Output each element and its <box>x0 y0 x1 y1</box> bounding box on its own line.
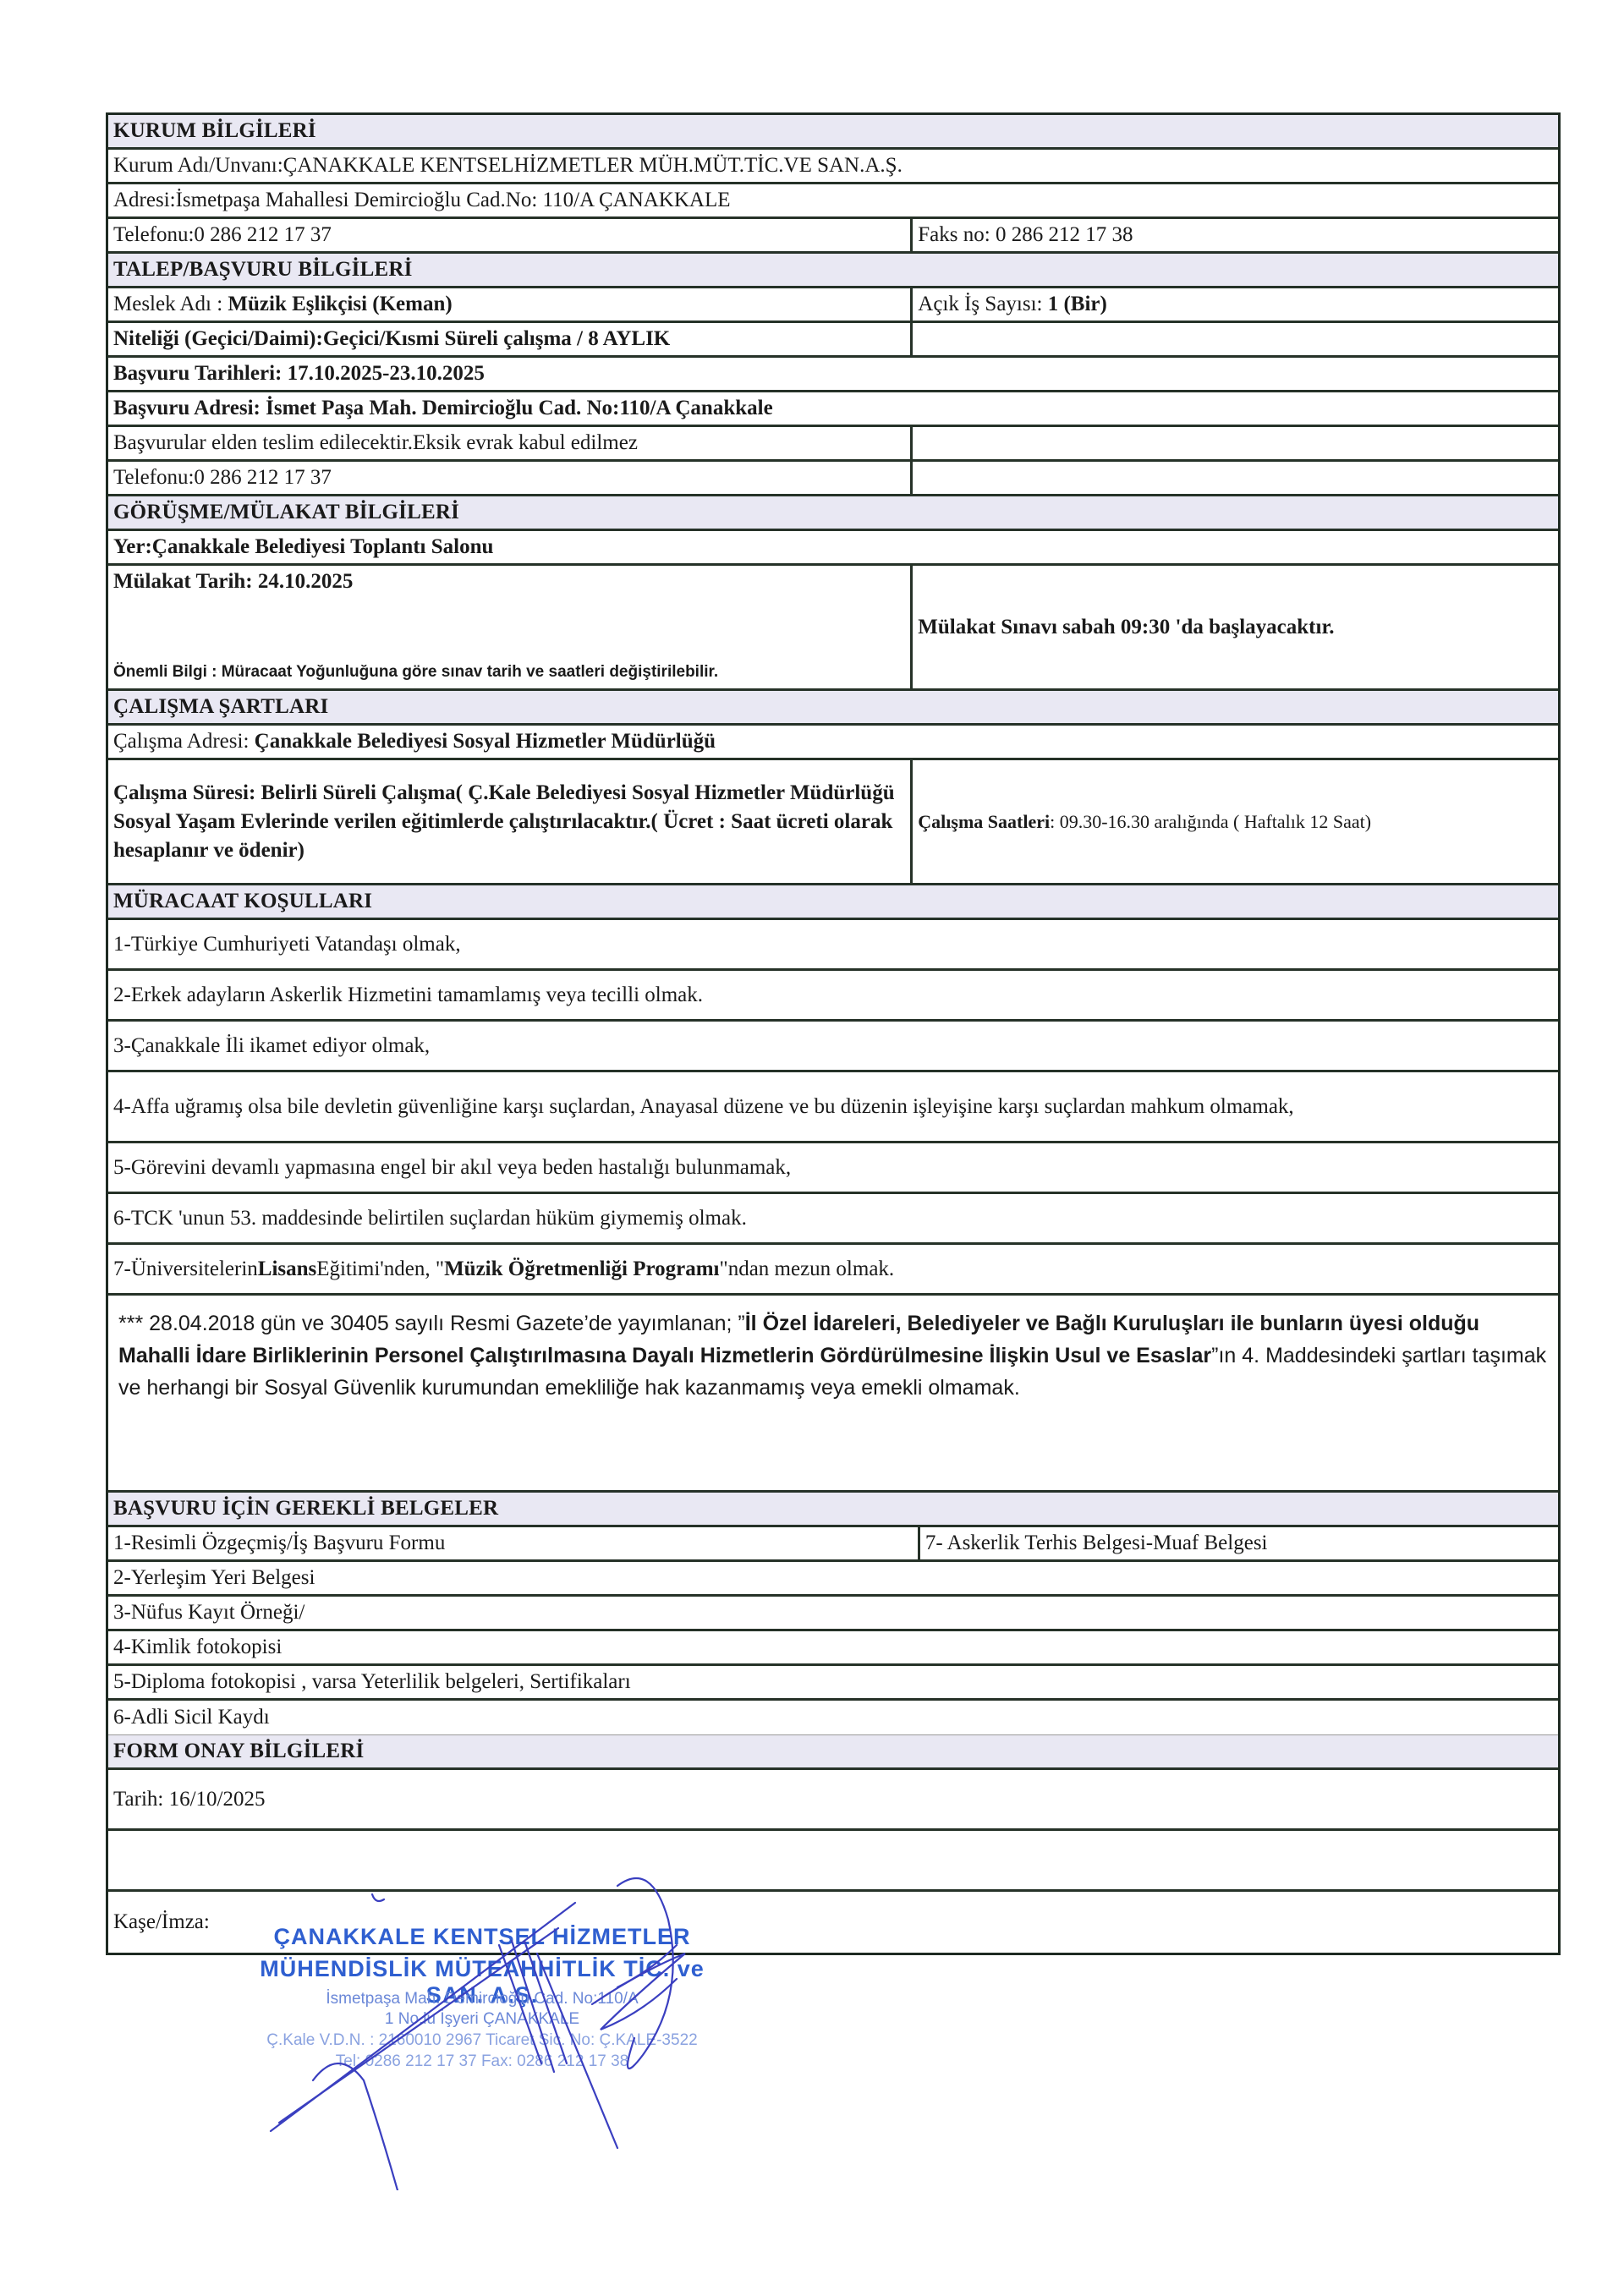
requirement-text: 1-Türkiye Cumhuriyeti Vatandaşı olmak, <box>108 920 1558 968</box>
job-posting-form: KURUM BİLGİLERİ Kurum Adı/Unvanı:ÇANAKKA… <box>106 112 1561 1955</box>
requirement-item: 2-Erkek adayların Askerlik Hizmetini tam… <box>108 971 1558 1022</box>
section-title: FORM ONAY BİLGİLERİ <box>108 1735 1558 1767</box>
profession-value: Müzik Eşlikçisi (Keman) <box>228 290 452 319</box>
open-positions: Açık İş Sayısı: 1 (Bir) <box>913 288 1558 321</box>
employment-nature: Niteliği (Geçici/Daimi):Geçici/Kısmi Sür… <box>108 323 913 355</box>
section-title: ÇALIŞMA ŞARTLARI <box>108 691 1558 723</box>
nature-row: Niteliği (Geçici/Daimi):Geçici/Kısmi Sür… <box>108 323 1558 358</box>
application-address-row: Başvuru Adresi: İsmet Paşa Mah. Demircio… <box>108 392 1558 427</box>
document-item: 6-Adli Sicil Kaydı <box>108 1701 1558 1734</box>
work-address-value: Çanakkale Belediyesi Sosyal Hizmetler Mü… <box>255 727 716 756</box>
section-title: GÖRÜŞME/MÜLAKAT BİLGİLERİ <box>108 496 1558 529</box>
interview-start-time: Mülakat Sınavı sabah 09:30 'da başlayaca… <box>913 566 1558 688</box>
document-text: 4-Kimlik fotokopisi <box>108 1631 1558 1663</box>
requirement-text: 3-Çanakkale İli ikamet ediyor olmak, <box>108 1022 1558 1070</box>
application-phone: Telefonu:0 286 212 17 37 <box>108 462 913 494</box>
section-title: MÜRACAAT KOŞULLARI <box>108 885 1558 918</box>
approval-date: Tarih: 16/10/2025 <box>108 1770 1558 1828</box>
institution-name: Kurum Adı/Unvanı:ÇANAKKALE KENTSELHİZMET… <box>108 150 1558 182</box>
application-phone-row: Telefonu:0 286 212 17 37 <box>108 462 1558 496</box>
profession: Meslek Adı : Müzik Eşlikçisi (Keman) <box>108 288 913 321</box>
requirement-text: 7-Üniversitelerin Lisans Eğitimi'nden, "… <box>108 1245 1558 1293</box>
stamp-line: İsmetpaşa Mah. Demircioğlu Cad. No:110/A <box>228 1990 736 2008</box>
requirement-7-suffix: "ndan mezun olmak. <box>719 1255 894 1284</box>
section-title: BAŞVURU İÇİN GEREKLİ BELGELER <box>108 1493 1558 1525</box>
document-text: 5-Diploma fotokopisi , varsa Yeterlilik … <box>108 1666 1558 1698</box>
requirement-item: 5-Görevini devamlı yapmasına engel bir a… <box>108 1143 1558 1194</box>
requirement-item: 3-Çanakkale İli ikamet ediyor olmak, <box>108 1022 1558 1072</box>
document-item: 3-Nüfus Kayıt Örneği/ <box>108 1597 1558 1631</box>
requirement-text: 5-Görevini devamlı yapmasına engel bir a… <box>108 1143 1558 1192</box>
legal-note-row: *** 28.04.2018 gün ve 30405 sayılı Resmi… <box>108 1296 1558 1493</box>
document-item: 4-Kimlik fotokopisi <box>108 1631 1558 1666</box>
delivery-note-row: Başvurular elden teslim edilecektir.Eksi… <box>108 427 1558 462</box>
work-hours: Çalışma Saatleri: 09.30-16.30 aralığında… <box>913 760 1558 883</box>
open-positions-label: Açık İş Sayısı: <box>918 290 1042 319</box>
section-title: KURUM BİLGİLERİ <box>108 115 1558 147</box>
document-item: 5-Diploma fotokopisi , varsa Yeterlilik … <box>108 1666 1558 1701</box>
work-address: Çalışma Adresi: Çanakkale Belediyesi Sos… <box>108 726 1558 758</box>
institution-address-row: Adresi:İsmetpaşa Mahallesi Demircioğlu C… <box>108 184 1558 219</box>
empty-cell <box>913 323 1558 355</box>
requirement-item: 1-Türkiye Cumhuriyeti Vatandaşı olmak, <box>108 920 1558 971</box>
work-hours-label: Çalışma Saatleri <box>918 808 1050 836</box>
work-address-row: Çalışma Adresi: Çanakkale Belediyesi Sos… <box>108 726 1558 760</box>
empty-cell <box>913 462 1558 494</box>
document-text: 7- Askerlik Terhis Belgesi-Muaf Belgesi <box>920 1527 1558 1559</box>
document-text: 3-Nüfus Kayıt Örneği/ <box>108 1597 1558 1629</box>
stamp-line: ÇANAKKALE KENTSEL HİZMETLER <box>228 1924 736 1950</box>
section-header-approval: FORM ONAY BİLGİLERİ <box>108 1734 1558 1770</box>
document-item: 1-Resimli Özgeçmiş/İş Başvuru Formu 7- A… <box>108 1527 1558 1562</box>
requirement-item: 7-Üniversitelerin Lisans Eğitimi'nden, "… <box>108 1245 1558 1296</box>
institution-name-row: Kurum Adı/Unvanı:ÇANAKKALE KENTSELHİZMET… <box>108 150 1558 184</box>
work-duration: Çalışma Süresi: Belirli Süreli Çalışma( … <box>108 760 913 883</box>
requirement-7-prefix: 7-Üniversitelerin <box>113 1255 258 1284</box>
institution-contact-row: Telefonu:0 286 212 17 37 Faks no: 0 286 … <box>108 219 1558 254</box>
work-duration-row: Çalışma Süresi: Belirli Süreli Çalışma( … <box>108 760 1558 885</box>
application-dates-row: Başvuru Tarihleri: 17.10.2025-23.10.2025 <box>108 358 1558 392</box>
requirement-7-program: Müzik Öğretmenliği Programı <box>444 1255 719 1284</box>
section-header-application: TALEP/BAŞVURU BİLGİLERİ <box>108 254 1558 288</box>
important-note: Önemli Bilgi : Müracaat Yoğunluğuna göre… <box>113 658 718 687</box>
requirement-7-mid: Eğitimi'nden, " <box>316 1255 444 1284</box>
section-header-interview: GÖRÜŞME/MÜLAKAT BİLGİLERİ <box>108 496 1558 531</box>
legal-note: *** 28.04.2018 gün ve 30405 sayılı Resmi… <box>108 1296 1558 1490</box>
open-positions-value: 1 (Bir) <box>1048 290 1107 319</box>
requirement-item: 6-TCK 'unun 53. maddesinde belirtilen su… <box>108 1194 1558 1245</box>
stamp-line: 1 No.lu İşyeri ÇANAKKALE <box>228 2010 736 2029</box>
document-item: 2-Yerleşim Yeri Belgesi <box>108 1562 1558 1597</box>
company-stamp: ÇANAKKALE KENTSEL HİZMETLER MÜHENDİSLİK … <box>228 1907 736 2152</box>
delivery-note: Başvurular elden teslim edilecektir.Eksi… <box>108 427 913 459</box>
profession-row: Meslek Adı : Müzik Eşlikçisi (Keman) Açı… <box>108 288 1558 323</box>
empty-cell <box>108 1831 1558 1889</box>
application-dates: Başvuru Tarihleri: 17.10.2025-23.10.2025 <box>108 358 1558 390</box>
requirement-item: 4-Affa uğramış olsa bile devletin güvenl… <box>108 1072 1558 1143</box>
document-text: 1-Resimli Özgeçmiş/İş Başvuru Formu <box>108 1527 920 1559</box>
section-header-institution: KURUM BİLGİLERİ <box>108 115 1558 150</box>
section-title: TALEP/BAŞVURU BİLGİLERİ <box>108 254 1558 286</box>
interview-date: Mülakat Tarih: 24.10.2025 <box>113 567 353 596</box>
stamp-line: Ç.Kale V.D.N. : 2160010 2967 Ticaret Sic… <box>228 2031 736 2050</box>
work-address-label: Çalışma Adresi: <box>113 727 249 756</box>
requirement-text: 4-Affa uğramış olsa bile devletin güvenl… <box>108 1072 1558 1141</box>
institution-address: Adresi:İsmetpaşa Mahallesi Demircioğlu C… <box>108 184 1558 216</box>
institution-phone: Telefonu:0 286 212 17 37 <box>108 219 913 251</box>
stamp-line: Tel: 0286 212 17 37 Fax: 0286 212 17 38 <box>228 2052 736 2071</box>
interview-location: Yer:Çanakkale Belediyesi Toplantı Salonu <box>108 531 1558 563</box>
requirement-text: 6-TCK 'unun 53. maddesinde belirtilen su… <box>108 1194 1558 1242</box>
profession-label: Meslek Adı : <box>113 290 222 319</box>
section-header-requirements: MÜRACAAT KOŞULLARI <box>108 885 1558 920</box>
application-address: Başvuru Adresi: İsmet Paşa Mah. Demircio… <box>108 392 1558 425</box>
section-header-documents: BAŞVURU İÇİN GEREKLİ BELGELER <box>108 1493 1558 1527</box>
document-text: 2-Yerleşim Yeri Belgesi <box>108 1562 1558 1594</box>
institution-fax: Faks no: 0 286 212 17 38 <box>913 219 1558 251</box>
requirement-7-degree: Lisans <box>258 1255 316 1284</box>
approval-date-row: Tarih: 16/10/2025 <box>108 1770 1558 1831</box>
interview-location-row: Yer:Çanakkale Belediyesi Toplantı Salonu <box>108 531 1558 566</box>
approval-empty-row <box>108 1831 1558 1892</box>
interview-details-row: Mülakat Tarih: 24.10.2025 Önemli Bilgi :… <box>108 566 1558 691</box>
empty-cell <box>913 427 1558 459</box>
requirement-text: 2-Erkek adayların Askerlik Hizmetini tam… <box>108 971 1558 1019</box>
interview-date-cell: Mülakat Tarih: 24.10.2025 Önemli Bilgi :… <box>108 566 913 688</box>
section-header-work-conditions: ÇALIŞMA ŞARTLARI <box>108 691 1558 726</box>
document-text: 6-Adli Sicil Kaydı <box>108 1701 1558 1734</box>
work-hours-value: : 09.30-16.30 aralığında ( Haftalık 12 S… <box>1050 808 1371 836</box>
legal-note-prefix: *** 28.04.2018 gün ve 30405 sayılı Resmi… <box>118 1312 745 1335</box>
